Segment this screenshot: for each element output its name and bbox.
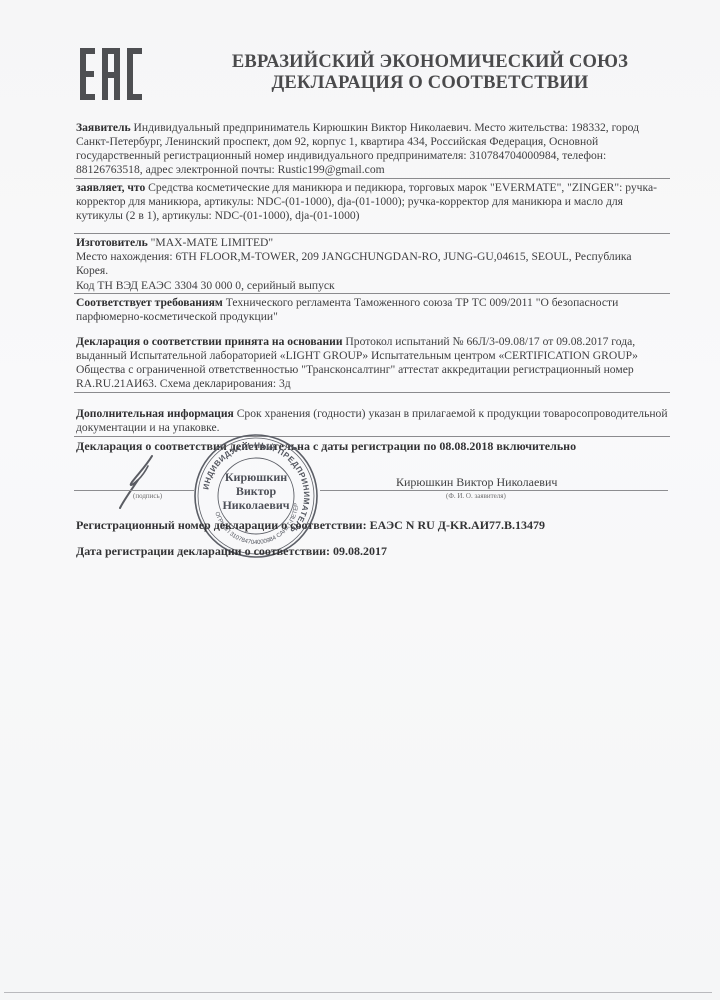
union-title: ЕВРАЗИЙСКИЙ ЭКОНОМИЧЕСКИЙ СОЮЗ [200,52,660,73]
complies-label: Соответствует требованиям [76,296,223,309]
stamp-surname: Кирюшкин [192,470,320,484]
registration-date: 09.08.2017 [333,544,387,558]
divider [74,233,670,234]
basis-label: Декларация о соответствии принята на осн… [76,335,343,348]
divider [74,392,670,393]
eac-logo [80,48,142,100]
applicant-section: Заявитель Индивидуальный предприниматель… [76,121,668,177]
divider [74,178,670,179]
page-bottom-edge [4,992,712,993]
declares-label: заявляет, что [76,181,145,194]
manufacturer-section: Изготовитель "MAX-MATE LIMITED" Место на… [76,236,668,278]
divider [74,436,670,437]
basis-section: Декларация о соответствии принята на осн… [76,335,668,391]
official-stamp: ИНДИВИДУАЛЬНЫЙ ПРЕДПРИНИМАТЕЛЬ ОГРНИП 31… [192,432,320,560]
applicant-text: Индивидуальный предприниматель Кирюшкин … [76,121,639,176]
manufacturer-address: Место нахождения: 6TH FLOOR,M-TOWER, 209… [76,250,636,278]
applicant-label: Заявитель [76,121,131,134]
divider [74,293,670,294]
eac-mark-icon [80,48,142,100]
stamp-patronymic: Николаевич [192,498,320,512]
declares-text: Средства косметические для маникюра и пе… [76,181,657,222]
signature-caption: (подпись) [133,492,162,500]
complies-section: Соответствует требованиям Технического р… [76,296,668,324]
declaration-page: ЕВРАЗИЙСКИЙ ЭКОНОМИЧЕСКИЙ СОЮЗ ДЕКЛАРАЦИ… [0,0,720,1000]
declaration-title: ДЕКЛАРАЦИЯ О СООТВЕТСТВИИ [200,73,660,94]
signature-mark [108,452,178,512]
applicant-full-name: Кирюшкин Виктор Николаевич [396,475,557,490]
additional-label: Дополнительная информация [76,407,234,420]
signature-scribble-icon [108,452,178,512]
registration-number-label: Регистрационный номер декларации о соотв… [76,518,367,532]
hs-code: Код ТН ВЭД ЕАЭС 3304 30 000 0, серийный … [76,279,335,292]
declares-section: заявляет, что Средства косметические для… [76,181,668,223]
registration-number: ЕАЭС N RU Д-KR.АИ77.В.13479 [370,518,545,532]
validity-statement: Декларация о соответствии действительна … [76,439,668,453]
hs-code-line: Код ТН ВЭД ЕАЭС 3304 30 000 0, серийный … [76,279,668,293]
name-line [320,490,668,491]
manufacturer-label: Изготовитель [76,236,148,249]
manufacturer-name: "MAX-MATE LIMITED" [151,236,274,249]
document-header: ЕВРАЗИЙСКИЙ ЭКОНОМИЧЕСКИЙ СОЮЗ ДЕКЛАРАЦИ… [200,52,660,94]
stamp-first-name: Виктор [192,484,320,498]
signature-line [74,490,194,491]
name-caption: (Ф. И. О. заявителя) [446,492,506,500]
registration-date-label: Дата регистрации декларации о соответств… [76,544,330,558]
additional-section: Дополнительная информация Срок хранения … [76,407,668,435]
registration-date-line: Дата регистрации декларации о соответств… [76,544,387,559]
registration-number-line: Регистрационный номер декларации о соотв… [76,518,545,533]
